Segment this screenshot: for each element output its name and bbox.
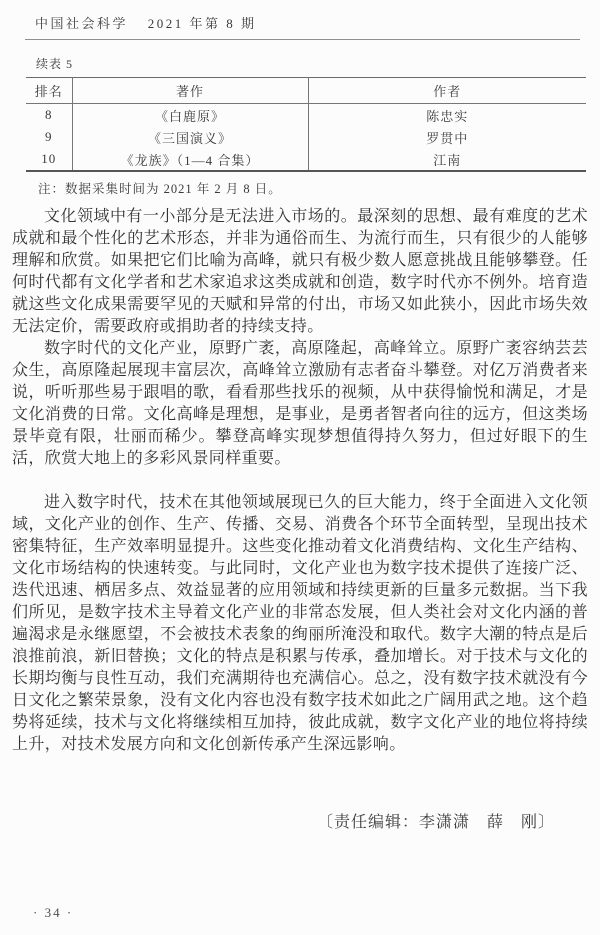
table-continuation-label: 续表 5 [36,55,600,72]
cell-author: 江南 [308,148,586,171]
col-header-work: 著作 [72,78,308,104]
cell-work: 《龙族》（1—4 合集） [72,148,308,171]
col-header-rank: 排名 [26,78,72,104]
table-row: 9 《三国演义》 罗贯中 [26,126,586,148]
paragraph-market-limits: 文化领域中有一小部分是无法进入市场的。最深刻的思想、最有难度的艺术成就和最个性化… [12,206,588,338]
journal-header: 中国社会科学 2021 年第 8 期 [25,0,580,40]
cell-author: 陈忠实 [308,104,586,127]
cell-rank: 10 [26,148,72,171]
cell-rank: 8 [26,104,72,127]
issue-label: 2021 年第 8 期 [148,16,257,31]
ranking-table: 排名 著作 作者 8 《白鹿原》 陈忠实 9 《三国演义》 罗贯中 10 《龙族… [26,77,586,172]
table-header-row: 排名 著作 作者 [26,78,586,104]
paragraph-cultural-peaks: 数字时代的文化产业，原野广袤，高原隆起，高峰耸立。原野广袤容纳芸芸众生，高原隆起… [12,338,588,470]
paragraph-digital-era: 进入数字时代，技术在其他领域展现已久的巨大能力，终于全面进入文化领域，文化产业的… [12,492,588,756]
editor-credit: 〔责任编辑：李潇潇 薛 刚〕 [0,809,555,832]
cell-work: 《三国演义》 [72,126,308,148]
col-header-author: 作者 [308,78,586,104]
cell-rank: 9 [26,126,72,148]
article-body: 文化领域中有一小部分是无法进入市场的。最深刻的思想、最有难度的艺术成就和最个性化… [12,206,588,756]
cell-work: 《白鹿原》 [72,104,308,127]
journal-title: 中国社会科学 [35,16,128,31]
table-row: 10 《龙族》（1—4 合集） 江南 [26,148,586,171]
table-note: 注：数据采集时间为 2021 年 2 月 8 日。 [38,179,600,197]
journal-page: 中国社会科学 2021 年第 8 期 续表 5 排名 著作 作者 8 《白鹿原》… [0,0,600,935]
cell-author: 罗贯中 [308,126,586,148]
page-number: · 34 · [33,905,73,921]
table-row: 8 《白鹿原》 陈忠实 [26,104,586,127]
